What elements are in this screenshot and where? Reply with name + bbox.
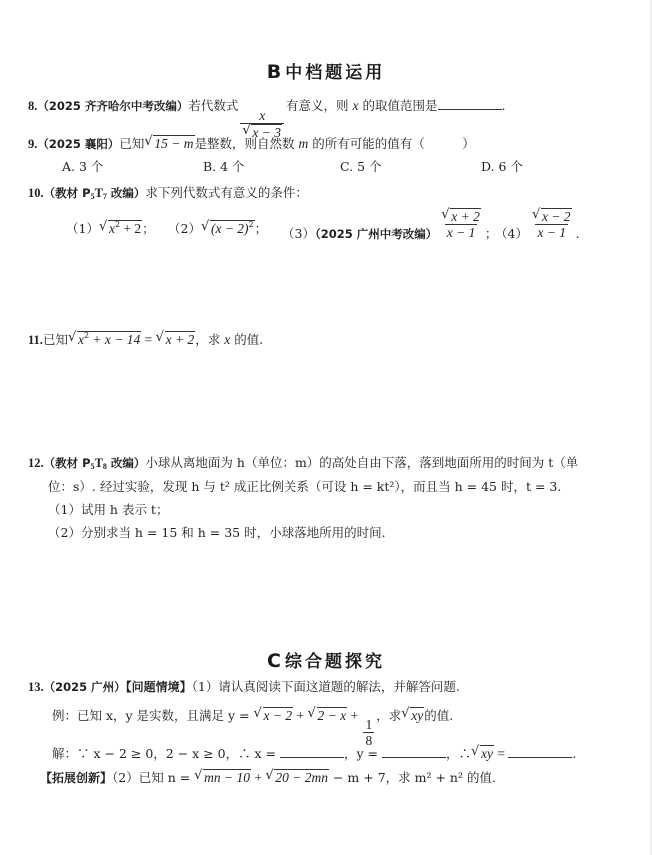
question-text: 有意义，则	[286, 98, 349, 113]
q12-part-1: （1）试用 h 表示 t；	[48, 500, 168, 518]
question-12: 12.（教材 P5T8 改编）小球从离地面为 h（单位：m）的高处自由下落，落到…	[28, 453, 578, 471]
source-t: T	[95, 186, 103, 200]
question-text: 的取值范围是	[363, 98, 438, 113]
sqrt: x2 + 2	[99, 220, 142, 236]
q10-part-1: （1）x2 + 2；	[66, 219, 155, 237]
solution-text: ，∴	[446, 746, 471, 761]
section-b-letter: B	[267, 61, 281, 83]
radicand: x + 2	[166, 332, 195, 347]
q12-part-2: （2）分别求当 h = 15 和 h = 35 时，小球落地所用的时间.	[48, 523, 386, 541]
denominator: x − 1	[537, 225, 566, 240]
question-text: （2）已知 n =	[112, 770, 194, 785]
radicand: x + 2	[451, 209, 480, 224]
radicand: xy	[481, 746, 493, 761]
question-number: 13.	[28, 680, 44, 694]
option-a[interactable]: A. 3 个	[62, 157, 103, 175]
part-label: （4）	[495, 226, 528, 241]
question-source: （教材 P	[44, 456, 91, 470]
example-text: ，求	[376, 708, 401, 723]
punct: .	[502, 98, 506, 113]
answer-blank-y[interactable]	[382, 745, 446, 758]
equals: =	[141, 332, 155, 347]
example-text: 例：已知 x，y 是实数，且满足 y =	[52, 708, 254, 723]
part-label: （3）	[282, 226, 315, 241]
sqrt: 20 − 2mn	[265, 769, 329, 785]
question-text: 小球从离地面为 h（单位：m）的高处自由下落，落到地面所用的时间为 t（单	[145, 455, 578, 470]
option-b[interactable]: B. 4 个	[203, 157, 245, 175]
answer-blank-sqrt-xy[interactable]	[508, 745, 572, 758]
sqrt: x − 2	[254, 707, 294, 723]
fraction: x − 2x − 1	[530, 208, 574, 241]
variable: x	[224, 332, 230, 347]
radicand: 15 − m	[154, 136, 193, 151]
section-c-title: 综合题探究	[285, 652, 385, 672]
solution-text: 解：∵ x − 2 ≥ 0，2 − x ≥ 0，∴ x =	[52, 746, 280, 761]
q10-part-3: （3）（2025 广州中考改编）x + 2x − 1；	[282, 208, 497, 242]
q13-example: 例：已知 x，y 是实数，且满足 y = x − 2 + 2 − x + 18，…	[52, 706, 453, 749]
question-number: 8.	[28, 99, 37, 113]
radicand: xy	[411, 708, 423, 723]
q13-extension: 【拓展创新】（2）已知 n = mn − 10 + 20 − 2mn − m +…	[40, 768, 496, 786]
question-text: 的值.	[234, 332, 263, 347]
radicand-rest: + 2	[120, 221, 141, 236]
question-number: 12.	[28, 456, 44, 470]
punct: .	[572, 746, 576, 761]
question-number: 11.	[28, 333, 43, 347]
part-source: （2025 广州中考改编）	[315, 227, 437, 241]
question-text: 已知	[119, 136, 144, 151]
part-label: （1）	[66, 221, 99, 236]
radicand: x − 2	[542, 209, 571, 224]
source-t: T	[95, 456, 103, 470]
sqrt: 2 − x	[308, 707, 348, 723]
question-source: （2025 襄阳）	[37, 137, 119, 151]
question-number: 10.	[28, 186, 44, 200]
question-source: 改编）	[107, 186, 146, 200]
q10-part-2: （2）(x − 2)2；	[168, 219, 267, 237]
plus: +	[293, 708, 307, 723]
punct: .	[576, 226, 580, 241]
variable: x	[353, 98, 359, 113]
sqrt: mn − 10	[194, 769, 251, 785]
question-number: 9.	[28, 137, 37, 151]
variable: m	[299, 136, 309, 151]
question-text: ，求	[195, 332, 220, 347]
example-text: 的值.	[424, 708, 453, 723]
option-c[interactable]: C. 5 个	[340, 157, 382, 175]
radicand: 2 − x	[318, 708, 347, 723]
radicand: mn − 10	[204, 770, 250, 785]
question-source: （2025 广州）	[44, 680, 126, 694]
section-c-heading: C综合题探究	[0, 647, 652, 672]
exponent: 2	[249, 220, 254, 229]
question-text: 是整数，则自然数	[195, 136, 295, 151]
sqrt: 15 − m	[144, 135, 194, 151]
plus: +	[347, 708, 361, 723]
punct: ；	[142, 221, 155, 236]
sqrt: xy	[401, 707, 424, 723]
question-text: − m + 7，求 m² + n² 的值.	[329, 770, 496, 785]
solution-text: ，y =	[344, 746, 382, 761]
question-text: 的所有可能的值有（ ）	[312, 136, 475, 151]
part-label: （2）	[168, 221, 201, 236]
sqrt: x + 2	[156, 331, 196, 347]
question-10: 10.（教材 P5T7 改编）求下列代数式有意义的条件：	[28, 183, 308, 201]
denominator: x − 1	[447, 225, 476, 240]
q10-part-4: （4）x − 2x − 1.	[495, 208, 580, 242]
question-text: （1）请认真阅读下面这道题的解法，并解答问题.	[192, 679, 460, 694]
fraction: x + 2x − 1	[439, 208, 483, 241]
question-12-line2: 位：s）. 经过实验，发现 h 与 t² 成正比例关系（可设 h = kt²），…	[48, 477, 561, 495]
radicand-rest: + x − 14	[89, 332, 140, 347]
question-text: 求下列代数式有意义的条件：	[145, 185, 308, 200]
answer-blank[interactable]	[438, 97, 502, 110]
section-b-title: 中档题运用	[285, 63, 385, 83]
question-text: 已知	[43, 332, 68, 347]
tag-extension: 【拓展创新】	[40, 771, 112, 785]
question-source: （2025 齐齐哈尔中考改编）	[37, 99, 188, 113]
equals: =	[494, 746, 508, 761]
question-source: 改编）	[107, 456, 146, 470]
tag-problem-context: 【问题情境】	[126, 680, 192, 694]
question-9: 9.（2025 襄阳）已知15 − m是整数，则自然数 m 的所有可能的值有（ …	[28, 134, 475, 152]
punct: ；	[255, 221, 268, 236]
question-11: 11.已知x2 + x − 14 = x + 2，求 x 的值.	[28, 330, 263, 348]
sqrt: x2 + x − 14	[68, 331, 141, 347]
q13-solution: 解：∵ x − 2 ≥ 0，2 − x ≥ 0，∴ x = ，y = ，∴xy …	[52, 744, 576, 762]
answer-blank-x[interactable]	[280, 745, 344, 758]
section-b-heading: B中档题运用	[0, 58, 652, 83]
numerator: x	[259, 108, 265, 123]
option-d[interactable]: D. 6 个	[481, 157, 523, 175]
sqrt: (x − 2)2	[201, 220, 255, 236]
question-text: 若代数式	[188, 98, 238, 113]
plus: +	[251, 770, 265, 785]
sqrt: xy	[471, 745, 494, 761]
radicand: x − 2	[264, 708, 293, 723]
radicand: 20 − 2mn	[275, 770, 328, 785]
question-source: （教材 P	[44, 186, 91, 200]
section-c-letter: C	[267, 650, 281, 672]
radicand: (x − 2)	[211, 221, 249, 236]
numerator: 1	[363, 717, 374, 732]
question-13: 13.（2025 广州）【问题情境】（1）请认真阅读下面这道题的解法，并解答问题…	[28, 677, 460, 695]
